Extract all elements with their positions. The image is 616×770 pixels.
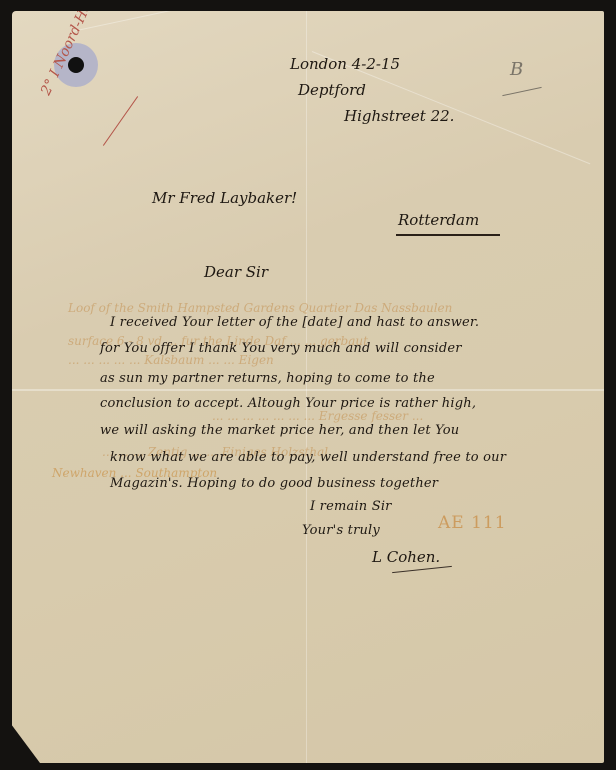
faint-overlay-line: ... ... ... ... ... ... ... Ergesse fess… <box>212 409 423 423</box>
letter-paper: 2° I Noord-Holland f 6 B London 4-2-15 D… <box>12 11 604 763</box>
signature: L Cohen. <box>372 548 440 566</box>
body-line: as sun my partner returns, hoping to com… <box>100 371 435 386</box>
district: Deptford <box>298 81 366 99</box>
recipient-name: Mr Fred Laybaker! <box>152 189 297 207</box>
closing-yours-truly: Your's truly <box>302 523 380 538</box>
body-line: conclusion to accept. Altough Your price… <box>100 396 476 411</box>
salutation: Dear Sir <box>204 263 268 281</box>
place-date: London 4-2-15 <box>290 55 400 73</box>
body-line: Magazin's. Hoping to do good business to… <box>110 476 438 491</box>
archive-mark-pencil: B <box>510 59 523 80</box>
signature-flourish <box>392 566 452 573</box>
body-line: we will asking the market price her, and… <box>100 423 459 438</box>
body-line: for You offer I thank You very much and … <box>100 341 462 356</box>
fold-line-vertical <box>306 11 307 763</box>
body-line: I received Your letter of the [date] and… <box>110 315 479 330</box>
closing-remain: I remain Sir <box>310 499 392 514</box>
city-underline <box>396 234 500 236</box>
fold-line-horizontal <box>12 389 604 391</box>
archive-stamp: AE 111 <box>438 513 507 533</box>
street-address: Highstreet 22. <box>344 107 454 125</box>
red-pencil-stroke <box>103 96 138 146</box>
faint-overlay-line: Loof of the Smith Hampsted Gardens Quart… <box>68 301 452 315</box>
paper-crease <box>72 0 327 32</box>
body-line: know what we are able to pay, well under… <box>110 450 506 465</box>
pencil-stroke <box>502 87 541 96</box>
recipient-city: Rotterdam <box>398 211 479 229</box>
